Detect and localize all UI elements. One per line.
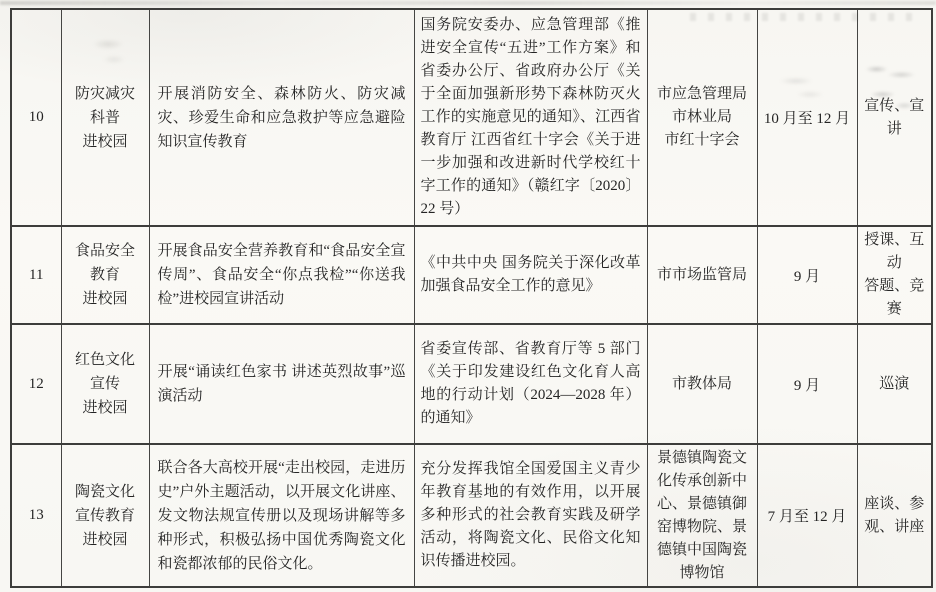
program-content-cell: 联合各大高校开展“走出校园，走进历史”户外主题活动，以开展文化讲座、发文物法规宣… <box>149 444 414 587</box>
schedule-cell: 9 月 <box>757 324 857 444</box>
activity-format-cell: 巡演 <box>857 324 932 444</box>
policy-basis-cell: 充分发挥我馆全国爱国主义青少年教育基地的有效作用，以开展多种形式的社会教育实践及… <box>414 444 647 587</box>
activity-format-cell: 授课、互动 答题、竞赛 <box>857 226 932 324</box>
schedule-cell: 7 月至 12 月 <box>757 444 857 587</box>
program-content-cell: 开展“诵读红色家书 讲述英烈故事”巡演活动 <box>149 324 414 444</box>
schedule-cell: 9 月 <box>757 226 857 324</box>
program-name-cell: 陶瓷文化 宣传教育 进校园 <box>61 444 149 587</box>
activity-format-cell: 座谈、参观、讲座 <box>857 444 932 587</box>
policy-basis-cell: 《中共中央 国务院关于深化改革加强食品安全工作的意见》 <box>414 226 647 324</box>
program-name-cell: 红色文化 宣传 进校园 <box>61 324 149 444</box>
program-name-cell: 防灾减灾 科普 进校园 <box>61 9 149 226</box>
policy-basis-cell: 省委宣传部、省教育厅等 5 部门《关于印发建设红色文化育人高地的行动计划（202… <box>414 324 647 444</box>
row-number-cell: 13 <box>11 444 61 587</box>
responsible-units-cell: 市市场监管局 <box>647 226 757 324</box>
table-row: 12 红色文化 宣传 进校园 开展“诵读红色家书 讲述英烈故事”巡演活动 省委宣… <box>11 324 932 444</box>
row-number-cell: 12 <box>11 324 61 444</box>
row-number-cell: 11 <box>11 226 61 324</box>
responsible-units-cell: 市应急管理局 市林业局 市红十字会 <box>647 9 757 226</box>
scan-streak <box>0 1 936 5</box>
activities-table: 10 防灾减灾 科普 进校园 开展消防安全、森林防火、防灾减灾、珍爱生命和应急救… <box>10 8 933 588</box>
row-number-cell: 10 <box>11 9 61 226</box>
table-row: 10 防灾减灾 科普 进校园 开展消防安全、森林防火、防灾减灾、珍爱生命和应急救… <box>11 9 932 226</box>
responsible-units-cell: 市教体局 <box>647 324 757 444</box>
scanned-page-background: 10 防灾减灾 科普 进校园 开展消防安全、森林防火、防灾减灾、珍爱生命和应急救… <box>0 0 936 592</box>
program-content-cell: 开展食品安全营养教育和“食品安全宣传周”、食品安全“你点我检”“你送我检”进校园… <box>149 226 414 324</box>
schedule-cell: 10 月至 12 月 <box>757 9 857 226</box>
policy-basis-cell: 国务院安委办、应急管理部《推进安全宣传“五进”工作方案》和省委办公厅、省政府办公… <box>414 9 647 226</box>
program-content-cell: 开展消防安全、森林防火、防灾减灾、珍爱生命和应急救护等应急避险知识宣传教育 <box>149 9 414 226</box>
activity-format-cell: 宣传、宣讲 <box>857 9 932 226</box>
responsible-units-cell: 景德镇陶瓷文化传承创新中心、景德镇御窑博物院、景德镇中国陶瓷博物馆 <box>647 444 757 587</box>
table-row: 13 陶瓷文化 宣传教育 进校园 联合各大高校开展“走出校园，走进历史”户外主题… <box>11 444 932 587</box>
program-name-cell: 食品安全 教育 进校园 <box>61 226 149 324</box>
table-row: 11 食品安全 教育 进校园 开展食品安全营养教育和“食品安全宣传周”、食品安全… <box>11 226 932 324</box>
